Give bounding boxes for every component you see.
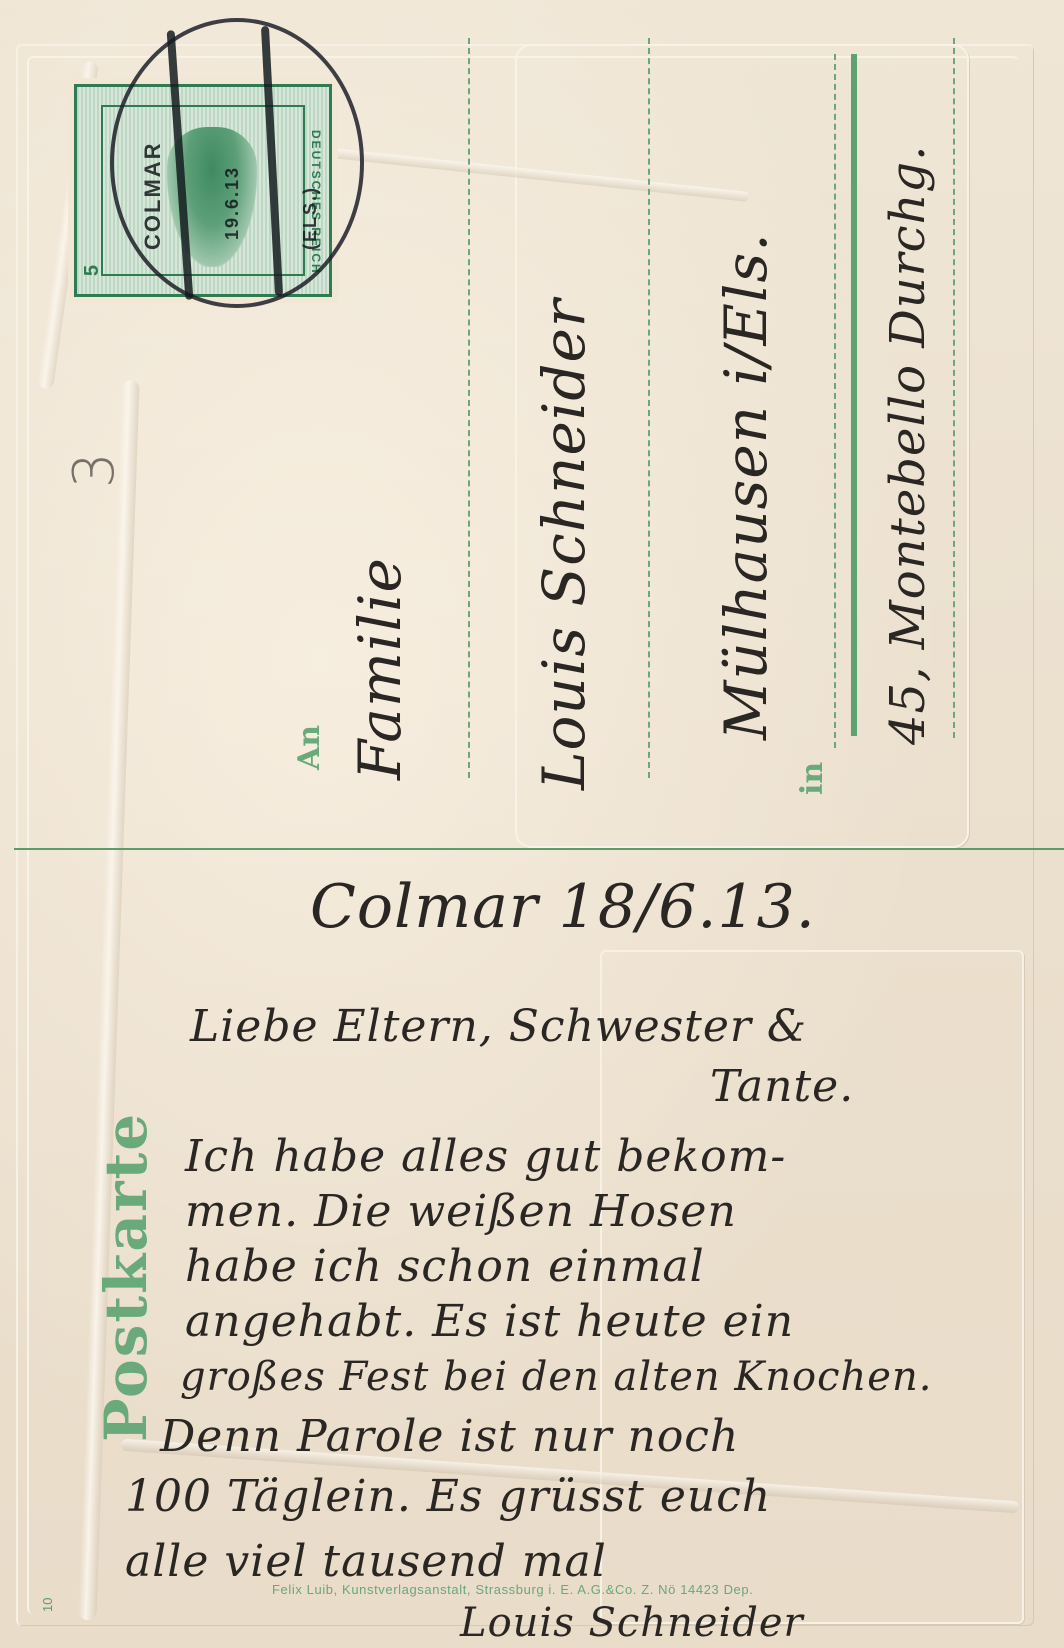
address-dotted-line-2	[648, 38, 650, 778]
edge-number: 10	[40, 1598, 55, 1612]
message-line: Denn Parole ist nur noch	[160, 1410, 739, 1464]
address-line-4: 45, Montebello Durchg.	[880, 145, 936, 745]
address-line-3: Mülhausen i/Els.	[712, 232, 780, 740]
message-line: angehabt. Es ist heute ein	[185, 1295, 794, 1349]
message-line: men. Die weißen Hosen	[185, 1185, 737, 1239]
postmark-region: (ELS.)	[300, 186, 321, 250]
address-line-2: Louis Schneider	[530, 298, 598, 790]
address-dotted-line-4	[953, 38, 955, 738]
postmark-town: COLMAR	[140, 141, 166, 250]
address-prefix-an: An	[292, 725, 327, 770]
signature: Louis Schneider	[460, 1596, 804, 1648]
message-line: alle viel tausend mal	[125, 1535, 607, 1589]
place-prefix-in: in	[795, 762, 830, 795]
postcard: Postkarte An in 10 Felix Luib, Kunstverl…	[0, 0, 1064, 1648]
message-line: habe ich schon einmal	[185, 1240, 705, 1294]
divider-line	[14, 848, 1064, 850]
postmark-date: 19.6.13	[222, 166, 243, 240]
pencil-mark: 3	[62, 452, 127, 488]
address-dotted-line-3	[834, 54, 836, 748]
message-line: Ich habe alles gut bekom-	[185, 1130, 786, 1184]
address-solid-bar	[851, 54, 857, 736]
message-place-date: Colmar 18/6.13.	[310, 880, 816, 934]
message-line: 100 Täglein. Es grüsst euch	[125, 1470, 771, 1524]
message-greeting-cont: Tante.	[710, 1060, 854, 1114]
address-line-1: Familie	[346, 557, 414, 780]
address-dotted-line-1	[468, 38, 470, 778]
postkarte-heading: Postkarte	[92, 1112, 160, 1442]
stamp-value: 5	[81, 265, 104, 276]
message-line: großes Fest bei den alten Knochen.	[180, 1350, 932, 1404]
message-greeting: Liebe Eltern, Schwester &	[190, 1000, 807, 1054]
